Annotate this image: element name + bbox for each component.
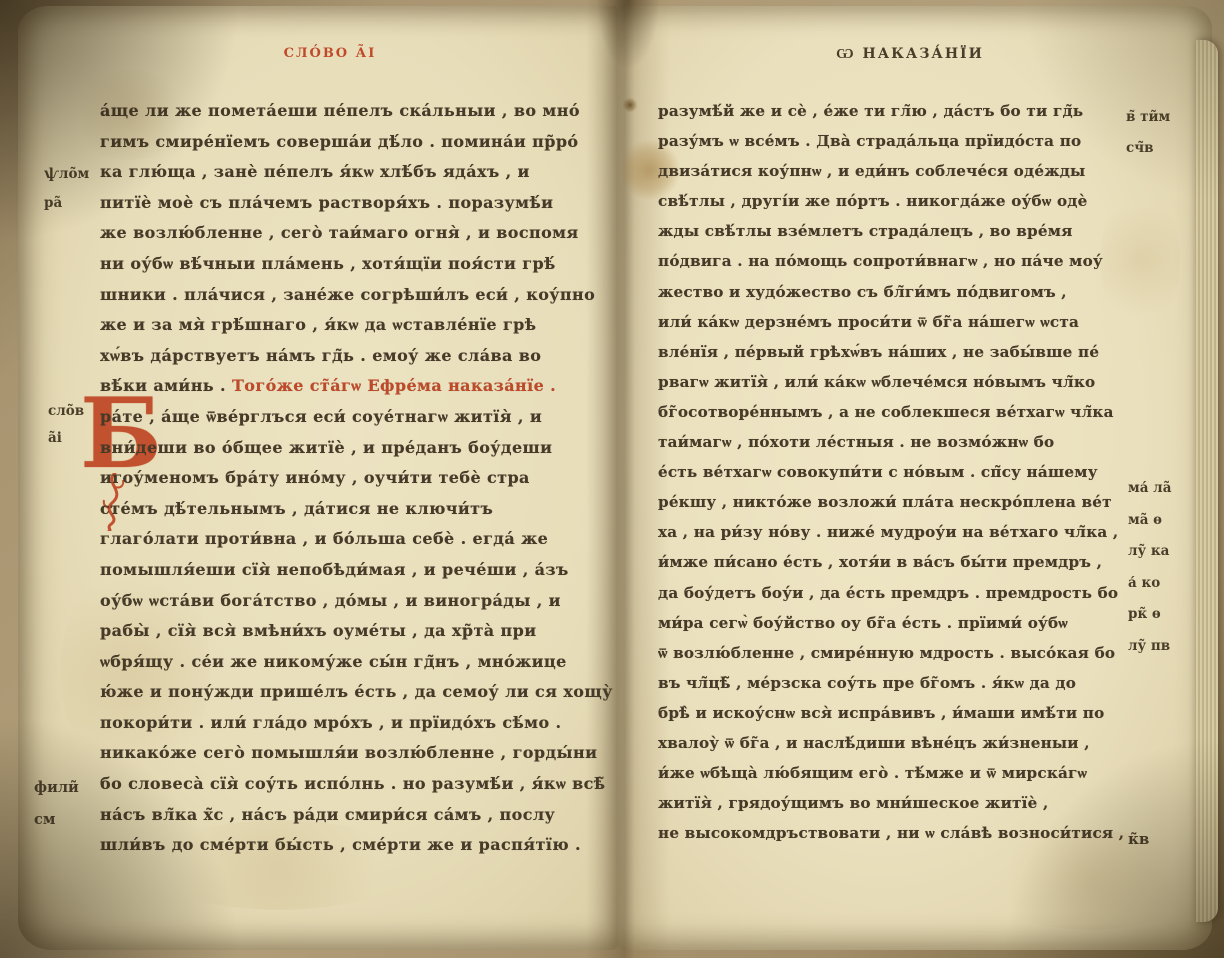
text-segment: же возлю́бленне , сего̀ таи́маго огня̀ ,… [100, 223, 579, 242]
text-line: ка глю́ща , занѐ пе́пелъ я́кѡ хлѣ́бъ яда… [100, 157, 625, 188]
text-segment: оу́бѡ ѡста́ви бога́тство , до́мы , и вин… [100, 591, 561, 610]
text-segment: въ чл̃цѣ̃ , ме́рзска соу́ть пре бг̃омъ .… [658, 674, 1076, 692]
text-segment: по́двига . на по́мощь сопроти́внагѡ , но… [658, 252, 1103, 270]
margin-note-line: фили̃ [34, 772, 79, 804]
text-segment: таи́магѡ , по́хоти ле́стныя . не возмо́ж… [658, 433, 1054, 451]
text-line: разумѣ́й же и сѐ , е́же ти гл̃ю , да́стъ… [658, 96, 1136, 126]
text-line: вни́деши во о́бщее житїѐ , и пре́данъ бо… [100, 433, 625, 464]
margin-note-psalm: ѱло̃м ра̃ [44, 160, 89, 218]
text-line: вѣ́ки ами́нь . Того́же ст̃а́гѡ Ефре́ма н… [100, 371, 625, 402]
text-line: въ чл̃цѣ̃ , ме́рзска соу́ть пре бг̃омъ .… [658, 668, 1136, 698]
text-line: сте́мъ дѣ́тельнымъ , да́тися не ключи́тъ [100, 494, 625, 525]
text-segment: игоу́меномъ бра́ту ино́му , оучи́ти тебѐ… [100, 468, 530, 487]
text-segment: питїѐ моѐ съ пла́чемъ растворя́хъ . пора… [100, 193, 553, 212]
text-segment: а́ще ли же помета́еши пе́пелъ ска́льныи … [100, 101, 580, 120]
text-line: да боу́детъ боу́и , да е́сть премдръ . п… [658, 578, 1136, 608]
text-segment: ѡбря́щу . се́и же никому́же сы́н гд̃нъ ,… [100, 652, 567, 671]
text-segment: глаго́лати проти́вна , и бо́льша себѐ . … [100, 529, 548, 548]
text-segment: или́ ка́кѡ дерзне́мъ проси́ти ѿ бг̃а на́… [658, 313, 1079, 331]
text-segment: покори́ти . или́ гла́до мро́хъ , и прїид… [100, 713, 562, 732]
text-line: шники . пла́чися , зане́же согрѣши́лъ ес… [100, 280, 625, 311]
text-segment: разу́мъ ѡ все́мъ . Два̀ страда́льца прїи… [658, 132, 1081, 150]
text-line: ре́кшу , никто́же возложи́ пла́та нескро… [658, 487, 1136, 517]
text-segment: Того́же ст̃а́гѡ Ефре́ма наказа́нїе . [232, 376, 556, 395]
text-line: жды свѣ́тлы взе́млетъ страда́лецъ , во в… [658, 216, 1136, 246]
left-page-text-column: а́ще ли же помета́еши пе́пелъ ска́льныи … [100, 96, 625, 861]
text-line: ха , на ри́зу но́ву . ниже́ мудроу́и на … [658, 517, 1136, 547]
text-line: оу́бѡ ѡста́ви бога́тство , до́мы , и вин… [100, 586, 625, 617]
text-segment: жество и худо́жество съ бл̃ги́мъ по́двиг… [658, 283, 1067, 301]
text-line: и́мже пи́сано е́сть , хотя́и в ва́съ бы́… [658, 547, 1136, 577]
text-line: разу́мъ ѡ все́мъ . Два̀ страда́льца прїи… [658, 126, 1136, 156]
margin-note-line: а̃і [48, 425, 84, 452]
text-line: е́сть ве́тхагѡ совокупи́ти с но́вым . сп… [658, 457, 1136, 487]
text-segment: шники . пла́чися , зане́же согрѣши́лъ ес… [100, 285, 595, 304]
text-line: не высокомдръствовати , ни ѡ сла́вѣ возн… [658, 818, 1136, 848]
margin-note-line: ѱло̃м [44, 160, 89, 189]
margin-note-line: ра̃ [44, 189, 89, 218]
text-segment: ка глю́ща , занѐ пе́пелъ я́кѡ хлѣ́бъ яда… [100, 162, 530, 181]
text-segment: ни оу́бѡ вѣ́чныи пла́мень , хотя́щїи поя… [100, 254, 556, 273]
text-line: помышля́еши сїя̀ непобѣди́мая , и рече́ш… [100, 555, 625, 586]
text-line: ѿ возлю́бленне , смире́нную мдрость . вы… [658, 638, 1136, 668]
text-segment: на́съ вл̃ка х̃с , на́съ ра́ди смири́ся с… [100, 805, 555, 824]
text-segment: гимъ смире́нїемъ соверша́и дѣ́ло . помин… [100, 132, 579, 151]
margin-note-philippians: фили̃ см [34, 772, 79, 836]
text-line: брѣ̀ и искоу́снѡ вся̀ испра́вивъ , и́маш… [658, 698, 1136, 728]
text-segment: ра́те , а́ще ѿве́рглъся еси́ соуе́тнагѡ … [100, 407, 542, 426]
text-line: ни оу́бѡ вѣ́чныи пла́мень , хотя́щїи поя… [100, 249, 625, 280]
text-segment: двиза́тися коу́пнѡ , и еди́нъ соблече́ся… [658, 162, 1085, 180]
text-line: гимъ смире́нїемъ соверша́и дѣ́ло . помин… [100, 127, 625, 158]
text-line: покори́ти . или́ гла́до мро́хъ , и прїид… [100, 708, 625, 739]
running-head-right: Ѡ НАКАЗА́НЇИ [830, 46, 990, 63]
text-segment: ю́же и пону́жди прише́лъ е́сть , да семо… [100, 682, 613, 701]
page-fore-edge [1196, 40, 1218, 922]
text-line: никако́же сего̀ помышля́и возлю́бленне ,… [100, 738, 625, 769]
text-line: вле́нїя , пе́рвый грѣхѡ́въ на́ших , не з… [658, 337, 1136, 367]
text-line: же и за мя̀ грѣ́шнаго , я́кѡ да ѡставле́… [100, 310, 625, 341]
text-line: жество и худо́жество съ бл̃ги́мъ по́двиг… [658, 277, 1136, 307]
text-segment: рвагѡ житїя̀ , или́ ка́кѡ ѡблече́мся но́… [658, 373, 1095, 391]
text-line: бо словеса̀ сїя̀ соу́ть испо́лнь . но ра… [100, 769, 625, 800]
text-segment: разумѣ́й же и сѐ , е́же ти гл̃ю , да́стъ… [658, 102, 1083, 120]
text-line: хѡ́въ да́рствуетъ на́мъ гд̃ь . емоу́ же … [100, 341, 625, 372]
text-segment: ѿ возлю́бленне , смире́нную мдрость . вы… [658, 644, 1115, 662]
text-line: игоу́меномъ бра́ту ино́му , оучи́ти тебѐ… [100, 463, 625, 494]
text-line: а́ще ли же помета́еши пе́пелъ ска́льныи … [100, 96, 625, 127]
text-segment: житїя̀ , грядоу́щимъ во мни́шеское житїѐ… [658, 794, 1048, 812]
text-line: питїѐ моѐ съ пла́чемъ растворя́хъ . пора… [100, 188, 625, 219]
text-segment: ре́кшу , никто́же возложи́ пла́та нескро… [658, 493, 1112, 511]
text-line: ми́ра сегѡ̀ боу́йство оу бг̃а е́сть . пр… [658, 608, 1136, 638]
text-segment: вѣ́ки ами́нь . [100, 376, 232, 395]
text-line: рабы̀ , сїя̀ вся̀ вмѣни́хъ оуме́ты , да … [100, 616, 625, 647]
text-segment: помышля́еши сїя̀ непобѣди́мая , и рече́ш… [100, 560, 569, 579]
text-segment: сте́мъ дѣ́тельнымъ , да́тися не ключи́тъ [100, 499, 493, 518]
text-segment: и́мже пи́сано е́сть , хотя́и в ва́съ бы́… [658, 553, 1102, 571]
text-line: шли́въ до сме́рти бы́сть , сме́рти же и … [100, 830, 625, 861]
text-line: ю́же и пону́жди прише́лъ е́сть , да семо… [100, 677, 625, 708]
text-segment: брѣ̀ и искоу́снѡ вся̀ испра́вивъ , и́маш… [658, 704, 1104, 722]
text-line: бг̃осотворе́ннымъ , а не соблекшеся ве́т… [658, 397, 1136, 427]
text-segment: рабы̀ , сїя̀ вся̀ вмѣни́хъ оуме́ты , да … [100, 621, 536, 640]
text-segment: бо словеса̀ сїя̀ соу́ть испо́лнь . но ра… [100, 774, 605, 793]
text-line: же возлю́бленне , сего̀ таи́маго огня̀ ,… [100, 218, 625, 249]
text-segment: хвалоу̀ ѿ бг̃а , и наслѣ́диши вѣне́цъ жи… [658, 734, 1090, 752]
text-segment: вни́деши во о́бщее житїѐ , и пре́данъ бо… [100, 438, 552, 457]
margin-note-slovo: сло̃в а̃і [48, 398, 84, 452]
text-segment: ха , на ри́зу но́ву . ниже́ мудроу́и на … [658, 523, 1118, 541]
book-photograph: СЛО́ВО А̃І Ѡ НАКАЗА́НЇИ ѱло̃м ра̃ сло̃в … [0, 0, 1224, 958]
text-line: хвалоу̀ ѿ бг̃а , и наслѣ́диши вѣне́цъ жи… [658, 728, 1136, 758]
text-line: или́ ка́кѡ дерзне́мъ проси́ти ѿ бг̃а на́… [658, 307, 1136, 337]
text-line: житїя̀ , грядоу́щимъ во мни́шеское житїѐ… [658, 788, 1136, 818]
text-line: рвагѡ житїя̀ , или́ ка́кѡ ѡблече́мся но́… [658, 367, 1136, 397]
text-line: свѣ́тлы , другі́и же по́ртъ . никогда́же… [658, 186, 1136, 216]
text-segment: никако́же сего̀ помышля́и возлю́бленне ,… [100, 743, 597, 762]
text-segment: свѣ́тлы , другі́и же по́ртъ . никогда́же… [658, 192, 1087, 210]
margin-note-line: сло̃в [48, 398, 84, 425]
text-line: по́двига . на по́мощь сопроти́внагѡ , но… [658, 246, 1136, 276]
text-segment: же и за мя̀ грѣ́шнаго , я́кѡ да ѡставле́… [100, 315, 536, 334]
text-line: ра́те , а́ще ѿве́рглъся еси́ соуе́тнагѡ … [100, 402, 625, 433]
text-segment: е́сть ве́тхагѡ совокупи́ти с но́вым . сп… [658, 463, 1098, 481]
margin-note-line: см [34, 804, 79, 836]
text-segment: и́же ѡбѣща̀ лю́бящим его̀ . тѣ́мже и ѿ м… [658, 764, 1087, 782]
running-head-left: СЛО́ВО А̃І [270, 46, 390, 61]
text-line: на́съ вл̃ка х̃с , на́съ ра́ди смири́ся с… [100, 800, 625, 831]
text-line: двиза́тися коу́пнѡ , и еди́нъ соблече́ся… [658, 156, 1136, 186]
text-segment: ми́ра сегѡ̀ боу́йство оу бг̃а е́сть . пр… [658, 614, 1068, 632]
right-page-text-column: разумѣ́й же и сѐ , е́же ти гл̃ю , да́стъ… [658, 96, 1136, 848]
text-segment: бг̃осотворе́ннымъ , а не соблекшеся ве́т… [658, 403, 1114, 421]
text-line: ѡбря́щу . се́и же никому́же сы́н гд̃нъ ,… [100, 647, 625, 678]
text-segment: хѡ́въ да́рствуетъ на́мъ гд̃ь . емоу́ же … [100, 346, 541, 365]
text-segment: шли́въ до сме́рти бы́сть , сме́рти же и … [100, 835, 581, 854]
text-line: глаго́лати проти́вна , и бо́льша себѐ . … [100, 524, 625, 555]
text-segment: вле́нїя , пе́рвый грѣхѡ́въ на́ших , не з… [658, 343, 1099, 361]
text-segment: не высокомдръствовати , ни ѡ сла́вѣ возн… [658, 824, 1124, 842]
text-segment: да боу́детъ боу́и , да е́сть премдръ . п… [658, 584, 1118, 602]
text-line: и́же ѡбѣща̀ лю́бящим его̀ . тѣ́мже и ѿ м… [658, 758, 1136, 788]
text-line: таи́магѡ , по́хоти ле́стныя . не возмо́ж… [658, 427, 1136, 457]
text-segment: жды свѣ́тлы взе́млетъ страда́лецъ , во в… [658, 222, 1073, 240]
